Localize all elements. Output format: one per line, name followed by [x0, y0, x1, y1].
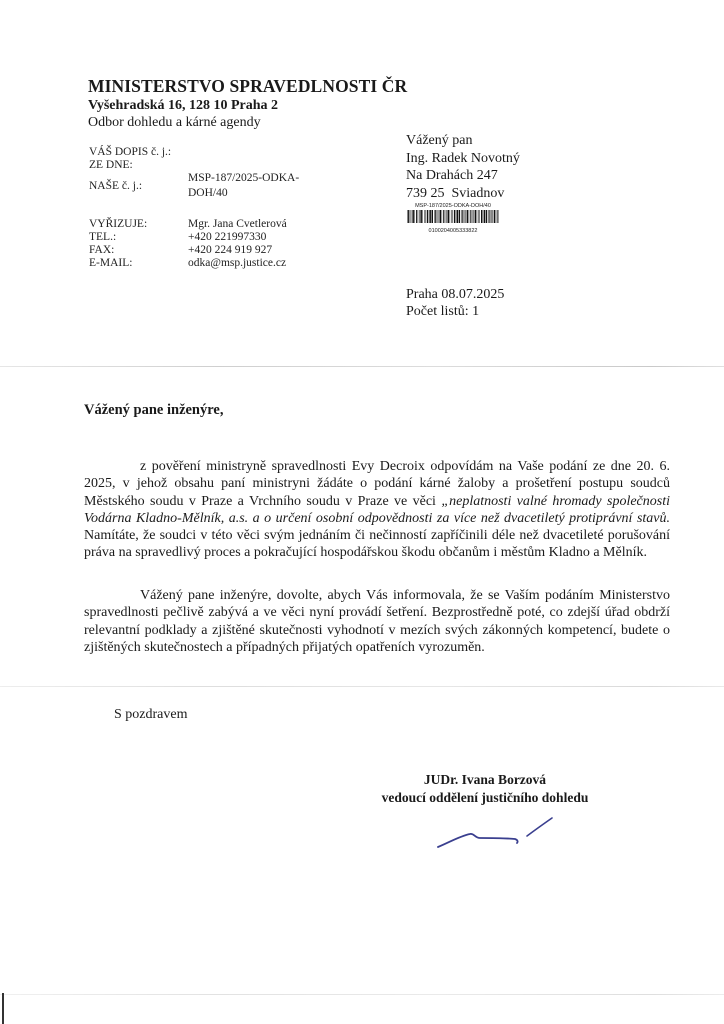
- salutation: Vážený pane inženýre,: [84, 402, 224, 419]
- paragraph-1-text-cont: Namítáte, že soudci v této věci svým jed…: [84, 528, 670, 560]
- ref-value-our-ref-cont: DOH/40: [188, 187, 228, 200]
- scan-fold-line: [0, 686, 724, 687]
- handwritten-signature-icon: [430, 812, 560, 852]
- ref-label-your-letter: VÁŠ DOPIS č. j.:: [89, 146, 171, 159]
- paragraph-1: z pověření ministryně spravedlnosti Evy …: [84, 458, 670, 562]
- closing: S pozdravem: [114, 707, 187, 723]
- scan-edge-mark: [2, 993, 4, 1024]
- ref-value-email: odka@msp.justice.cz: [188, 257, 286, 270]
- ref-label-handled-by: VYŘIZUJE:: [89, 218, 147, 231]
- ref-label-tel: TEL.:: [89, 231, 116, 244]
- recipient-city: 739 25 Sviadnov: [406, 185, 520, 203]
- ref-value-tel: +420 221997330: [188, 231, 266, 244]
- barcode-label: MSP-187/2025-ODKA-DOH/40: [405, 203, 501, 209]
- ref-label-email: E-MAIL:: [89, 257, 132, 270]
- recipient-address: Vážený pan Ing. Radek Novotný Na Drahách…: [406, 132, 520, 202]
- scan-fold-line: [0, 366, 724, 367]
- ministry-address: Vyšehradská 16, 128 10 Praha 2: [88, 98, 278, 114]
- ref-value-fax: +420 224 919 927: [188, 244, 272, 257]
- recipient-street: Na Drahách 247: [406, 167, 520, 185]
- recipient-name: Ing. Radek Novotný: [406, 150, 520, 168]
- ref-value-handled-by: Mgr. Jana Cvetlerová: [188, 218, 287, 231]
- page-count: Počet listů: 1: [406, 303, 504, 320]
- letter-date: Praha 08.07.2025: [406, 286, 504, 303]
- date-block: Praha 08.07.2025 Počet listů: 1: [406, 286, 504, 320]
- signatory-role: vedoucí oddělení justičního dohledu: [360, 790, 610, 806]
- barcode-icon: [406, 210, 500, 223]
- ref-label-fax: FAX:: [89, 244, 114, 257]
- department-name: Odbor dohledu a kárné agendy: [88, 115, 261, 131]
- scan-fold-line: [0, 994, 724, 995]
- ref-label-date: ZE DNE:: [89, 159, 133, 172]
- barcode: MSP-187/2025-ODKA-DOH/40 010020400533382…: [405, 203, 501, 234]
- ref-label-our-ref: NAŠE č. j.:: [89, 180, 142, 193]
- ministry-title: MINISTERSTVO SPRAVEDLNOSTI ČR: [88, 76, 407, 97]
- paragraph-2: Vážený pane inženýre, dovolte, abych Vás…: [84, 587, 670, 656]
- barcode-number: 0100204005333822: [405, 228, 501, 234]
- recipient-greeting: Vážený pan: [406, 132, 520, 150]
- signatory-name: JUDr. Ivana Borzová: [360, 772, 610, 788]
- ref-value-our-ref: MSP-187/2025-ODKA-: [188, 172, 299, 185]
